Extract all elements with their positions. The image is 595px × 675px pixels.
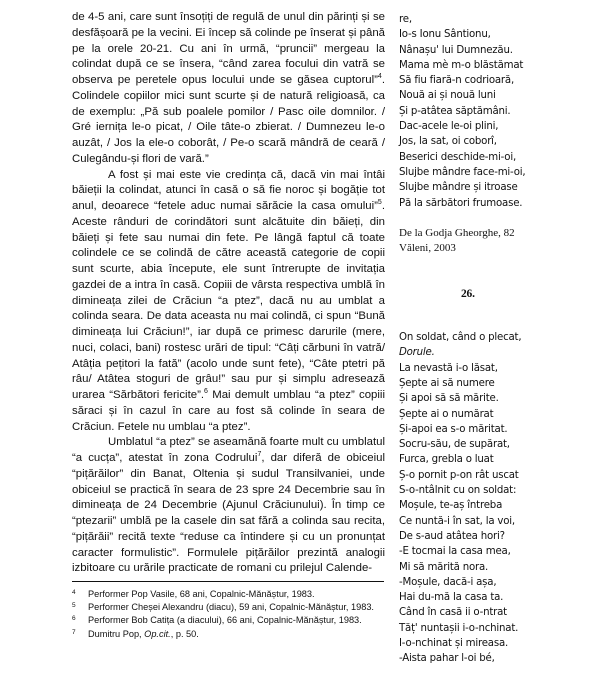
poem-line: La nevastă i-o lăsat,	[399, 361, 589, 376]
footnote-text: Performer Cheșei Alexandru (diacu), 59 a…	[88, 602, 374, 612]
poem-line: Ce nuntă-i în sat, la voi,	[399, 514, 589, 529]
poem-25: re, Io-s Ionu Sântionu, Nânașu' lui Dumn…	[399, 12, 589, 211]
footnote-divider	[72, 581, 384, 582]
poem-line: Șepte ai să numere	[399, 376, 589, 391]
poem-line: Jos, la sat, oi coborî,	[399, 134, 589, 149]
paragraph-text: de 4-5 ani, care sunt însoțiți de regulă…	[72, 11, 385, 86]
paragraph-text: . Aceste rânduri de corindători sunt alc…	[72, 200, 385, 401]
poem-line: Nouă ai și nouă luni	[399, 88, 589, 103]
poem-line: Când în casă ii o-ntrat	[399, 605, 589, 620]
poem-line: On soldat, când o plecat,	[399, 330, 589, 345]
footnote-5: 5Performer Cheșei Alexandru (diacu), 59 …	[72, 601, 387, 614]
main-text-column: de 4-5 ani, care sunt însoțiți de regulă…	[72, 10, 385, 577]
poem-line: -E tocmai la casa mea,	[399, 544, 589, 559]
footnote-7: 7Dumitru Pop, Op.cit., p. 50.	[72, 628, 387, 641]
poem-line: Mi să mărită nora.	[399, 560, 589, 575]
poem-line: Și apoi să să mărite.	[399, 391, 589, 406]
paragraph-1: de 4-5 ani, care sunt însoțiți de regulă…	[72, 10, 385, 168]
poem-refrain: Dorule.	[399, 345, 589, 360]
paragraph-text: A fost și mai este vie credința că, dacă…	[72, 169, 385, 213]
poem-column: re, Io-s Ionu Sântionu, Nânașu' lui Dumn…	[399, 12, 589, 667]
poem-line: Dac-acele le-oi plini,	[399, 119, 589, 134]
poem-line: Socru-său, de supărat,	[399, 437, 589, 452]
poem-line: Șepte ai o numărat	[399, 407, 589, 422]
poem-line: Nânașu' lui Dumnezău.	[399, 43, 589, 58]
source-line: De la Godja Gheorghe, 82	[399, 226, 589, 241]
poem-line: Mama mè m-o blăstămat	[399, 58, 589, 73]
footnote-4: 4Performer Pop Vasile, 68 ani, Copalnic-…	[72, 588, 387, 601]
spacer	[399, 211, 589, 226]
poem-line: re,	[399, 12, 589, 27]
poem-line: -Moșule, dacă-i așa,	[399, 575, 589, 590]
footnote-text: , p. 50.	[171, 629, 199, 639]
footnote-number: 5	[72, 601, 88, 611]
poem-line: S-o-ntâlnit cu on soldat:	[399, 483, 589, 498]
footnotes: 4Performer Pop Vasile, 68 ani, Copalnic-…	[72, 588, 387, 641]
footnote-number: 4	[72, 588, 88, 598]
poem-line: -Aista pahar l-oi bé,	[399, 651, 589, 666]
poem-line: Slujbe mândre și itroase	[399, 180, 589, 195]
poem-line: Și p-atâtea săptămâni.	[399, 104, 589, 119]
footnote-number: 7	[72, 628, 88, 638]
poem-line: Pă la sărbători frumoase.	[399, 196, 589, 211]
poem-line: I-o-nchinat și mireasa.	[399, 636, 589, 651]
poem-line: Să fiu fiară-n codrioară,	[399, 73, 589, 88]
paragraph-text: . Colindele copiilor mici sunt scurte și…	[72, 74, 385, 165]
poem-line: Slujbe mândre face-mi-oi,	[399, 165, 589, 180]
paragraph-2: A fost și mai este vie credința că, dacă…	[72, 168, 385, 436]
source-line: Văleni, 2003	[399, 241, 589, 256]
footnote-text: Performer Pop Vasile, 68 ani, Copalnic-M…	[88, 589, 315, 599]
poem-line: Ș-o pornit p-on rât uscat	[399, 468, 589, 483]
footnote-6: 6Performer Bob Catița (a diacului), 66 a…	[72, 614, 387, 627]
poem-line: Și-apoi ea s-o măritat.	[399, 422, 589, 437]
poem-source: De la Godja Gheorghe, 82 Văleni, 2003	[399, 226, 589, 257]
poem-line: De s-aud atâtea hori?	[399, 529, 589, 544]
footnote-citation: Op.cit.	[144, 629, 171, 639]
paragraph-text: , dar diferă de obiceiul “pițărăilor” di…	[72, 452, 385, 574]
poem-line: Tăț' nuntașii i-o-nchinat.	[399, 621, 589, 636]
poem-line: Moșule, te-aș întreba	[399, 498, 589, 513]
poem-line: Beserici deschide-mi-oi,	[399, 150, 589, 165]
footnote-text: Performer Bob Catița (a diacului), 66 an…	[88, 615, 362, 625]
poem-26: On soldat, când o plecat, Dorule. La nev…	[399, 330, 589, 667]
footnote-number: 6	[72, 614, 88, 624]
poem-line: Io-s Ionu Sântionu,	[399, 27, 589, 42]
poem-line: Furca, grebla o luat	[399, 452, 589, 467]
footnote-text: Dumitru Pop,	[88, 629, 144, 639]
poem-line: Hai du-mă la casa ta.	[399, 590, 589, 605]
paragraph-3: Umblatul “a ptez” se aseamănă foarte mul…	[72, 435, 385, 577]
poem-number: 26.	[399, 287, 589, 302]
